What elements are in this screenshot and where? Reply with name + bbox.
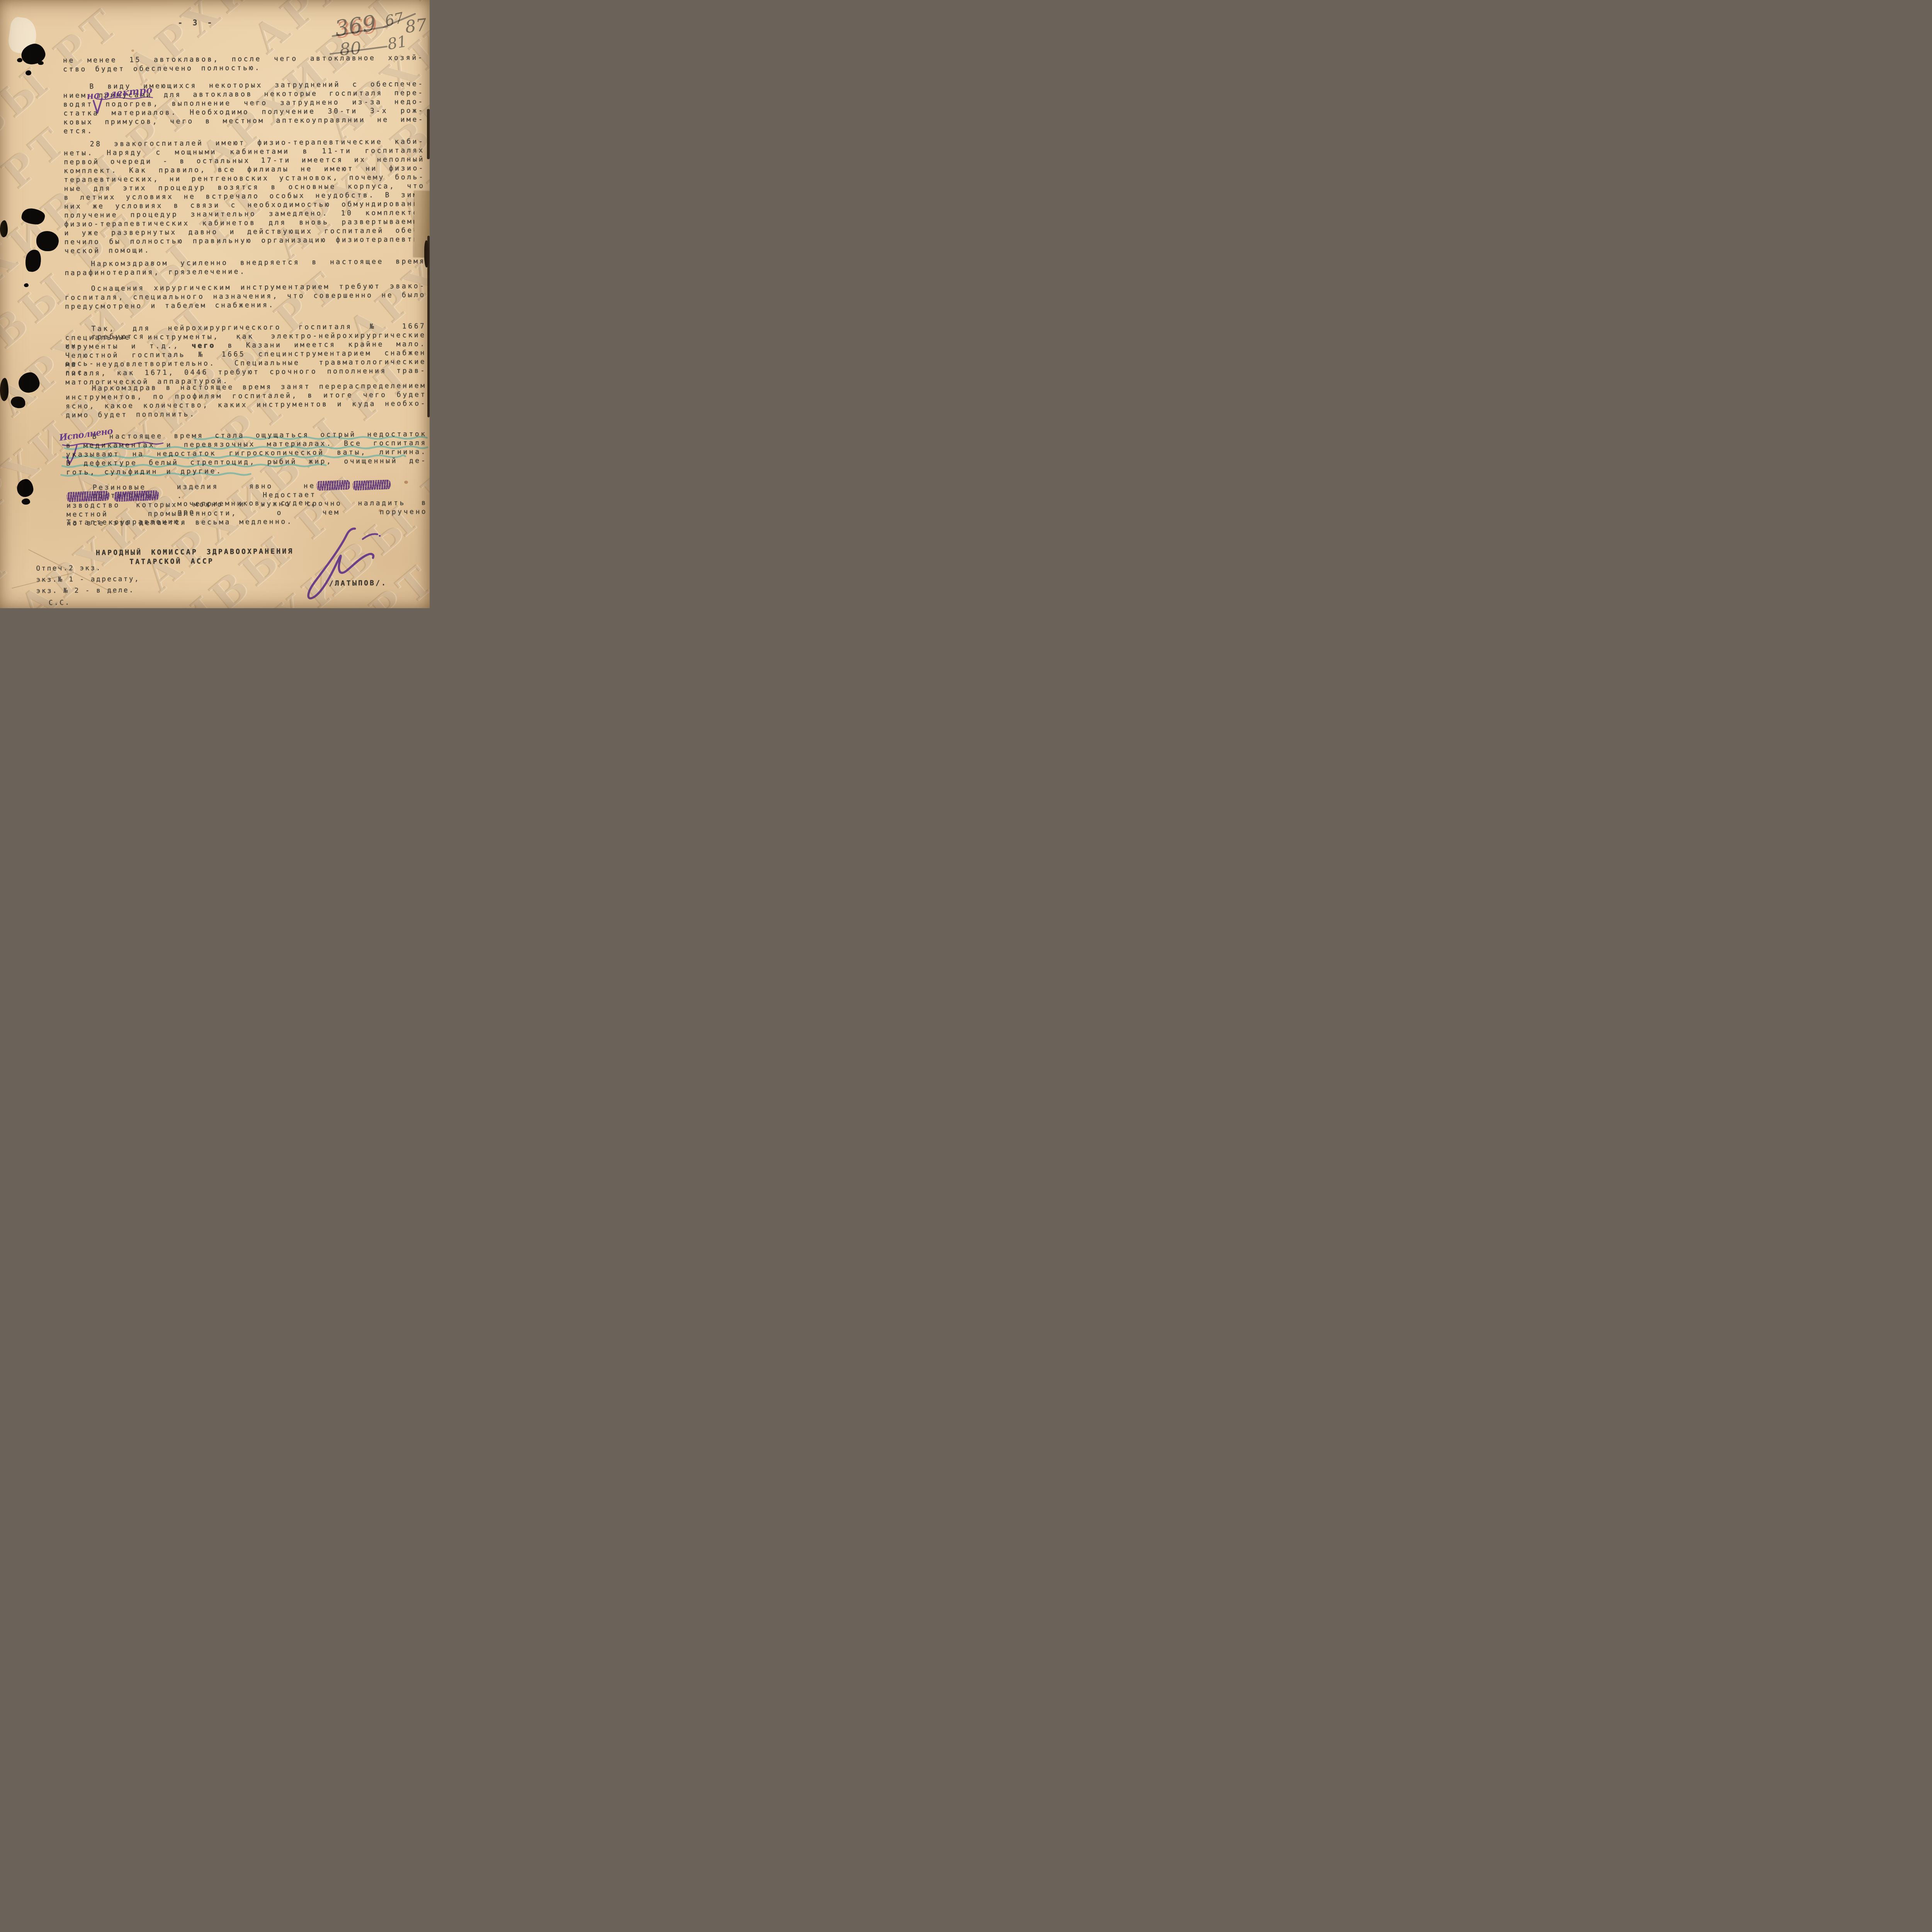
- ink-blot: [24, 283, 29, 287]
- signatory-title-line1: НАРОДНЫЙ КОМИССАР ЗДРАВООХРАНЕНИЯ: [96, 547, 294, 557]
- ink-blot: [0, 378, 9, 401]
- struck-out-word: [352, 480, 391, 491]
- typed-line: . Недостает мочеприемников, суден, про-: [177, 491, 316, 501]
- typist-initials: С.С.: [49, 599, 71, 607]
- signature-accent: [363, 534, 378, 539]
- ink-blot: [26, 70, 31, 75]
- ink-blot: [17, 58, 22, 62]
- struck-out-word: [66, 491, 110, 502]
- handwritten-number: 80: [339, 38, 362, 60]
- ink-blot: [0, 220, 8, 237]
- scan-edge-mark: [427, 236, 430, 417]
- handwritten-number: 87: [404, 15, 428, 37]
- signature-stroke: [308, 529, 374, 599]
- ink-blot: [36, 231, 59, 251]
- ink-blot: [38, 61, 44, 65]
- signature-dot: [379, 535, 381, 537]
- ink-blot: [22, 498, 30, 505]
- typed-paragraphs: не менее 15 автоклавов, после чего авток…: [0, 0, 427, 2]
- handwritten-numbers: 36936967878180: [0, 0, 427, 2]
- copies-note-line: Отпеч.2 экз.: [36, 564, 102, 572]
- scan-edge-mark: [427, 109, 430, 159]
- handwritten-number: 67: [383, 9, 405, 30]
- signatory-title-line2: ТАТАРСКОЙ АССР: [129, 557, 214, 566]
- typed-content: - 3 - 36936967878180 не менее 15 автокла…: [0, 0, 430, 608]
- struck-out-word: [316, 480, 350, 491]
- struck-out-word: [113, 490, 159, 502]
- copies-note-line: экз. № 2 - в деле.: [36, 587, 135, 595]
- copies-note-line: экз.№ 1 - адресату,: [36, 575, 140, 584]
- page-number: - 3 -: [178, 18, 214, 27]
- signatory-name: /ЛАТЫПОВ/.: [329, 579, 388, 588]
- handwritten-number: 81: [386, 32, 408, 53]
- scanned-document-page: АРХИВЫ РТ АРХИВЫ РТ АРХИВЫ РТ АРХИВЫ РТ …: [0, 0, 430, 608]
